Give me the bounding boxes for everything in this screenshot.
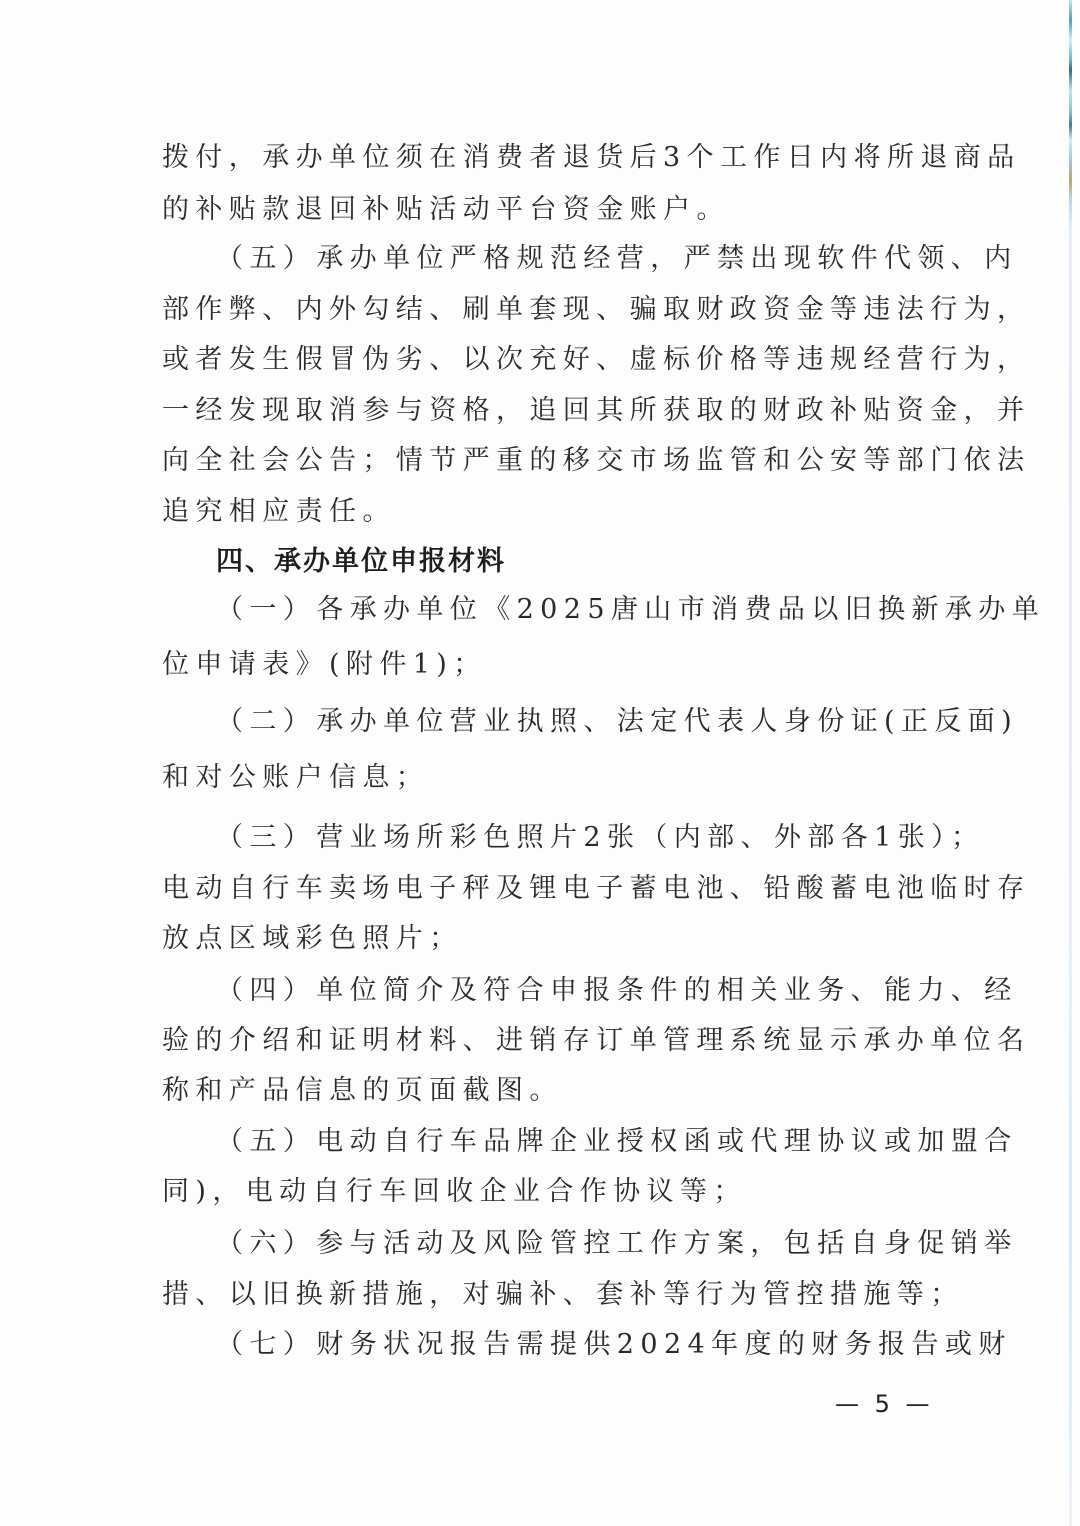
paragraph-line: （六）参与活动及风险管控工作方案，包括自身促销举 — [216, 1226, 962, 1262]
page-number: — 5 — — [835, 1390, 934, 1418]
paragraph-line: （一）各承办单位《2025唐山市消费品以旧换新承办单 — [216, 592, 962, 628]
paragraph-line: 和对公账户信息； — [162, 760, 908, 796]
paragraph-line: 追究相应责任。 — [162, 494, 908, 530]
paragraph-line: 或者发生假冒伪劣、以次充好、虚标价格等违规经营行为， — [162, 342, 908, 378]
paragraph-line: 一经发现取消参与资格，追回其所获取的财政补贴资金，并 — [162, 393, 908, 429]
paragraph-line: 的补贴款退回补贴活动平台资金账户。 — [162, 192, 908, 228]
paragraph-line: 验的介绍和证明材料、进销存订单管理系统显示承办单位名 — [162, 1023, 908, 1059]
scan-edge-strip — [1069, 0, 1072, 1526]
document-page: 拨付，承办单位须在消费者退货后3个工作日内将所退商品 的补贴款退回补贴活动平台资… — [0, 0, 1080, 1526]
paragraph-line: 措、以旧换新措施，对骗补、套补等行为管控措施等； — [162, 1277, 908, 1313]
paragraph-line: （五）承办单位严格规范经营，严禁出现软件代领、内 — [216, 241, 962, 277]
paragraph-line: （三）营业场所彩色照片2张（内部、外部各1张）； — [216, 820, 962, 856]
paragraph-line: （二）承办单位营业执照、法定代表人身份证(正反面) — [216, 704, 962, 740]
paragraph-line: 放点区域彩色照片； — [162, 921, 908, 957]
paragraph-line: 称和产品信息的页面截图。 — [162, 1073, 908, 1109]
paragraph-line: （四）单位简介及符合申报条件的相关业务、能力、经 — [216, 973, 962, 1009]
paragraph-line: （七）财务状况报告需提供2024年度的财务报告或财 — [216, 1327, 962, 1363]
paragraph-line: 同)，电动自行车回收企业合作协议等； — [162, 1174, 908, 1210]
paragraph-line: 电动自行车卖场电子秤及锂电子蓄电池、铅酸蓄电池临时存 — [162, 871, 908, 907]
paragraph-line: 部作弊、内外勾结、刷单套现、骗取财政资金等违法行为， — [162, 292, 908, 328]
paragraph-line: 向全社会公告；情节严重的移交市场监管和公安等部门依法 — [162, 443, 908, 479]
section-heading: 四、承办单位申报材料 — [216, 544, 962, 580]
paragraph-line: 拨付，承办单位须在消费者退货后3个工作日内将所退商品 — [162, 140, 908, 176]
paragraph-line: （五）电动自行车品牌企业授权函或代理协议或加盟合 — [216, 1124, 962, 1160]
paragraph-line: 位申请表》(附件1)； — [162, 647, 908, 683]
